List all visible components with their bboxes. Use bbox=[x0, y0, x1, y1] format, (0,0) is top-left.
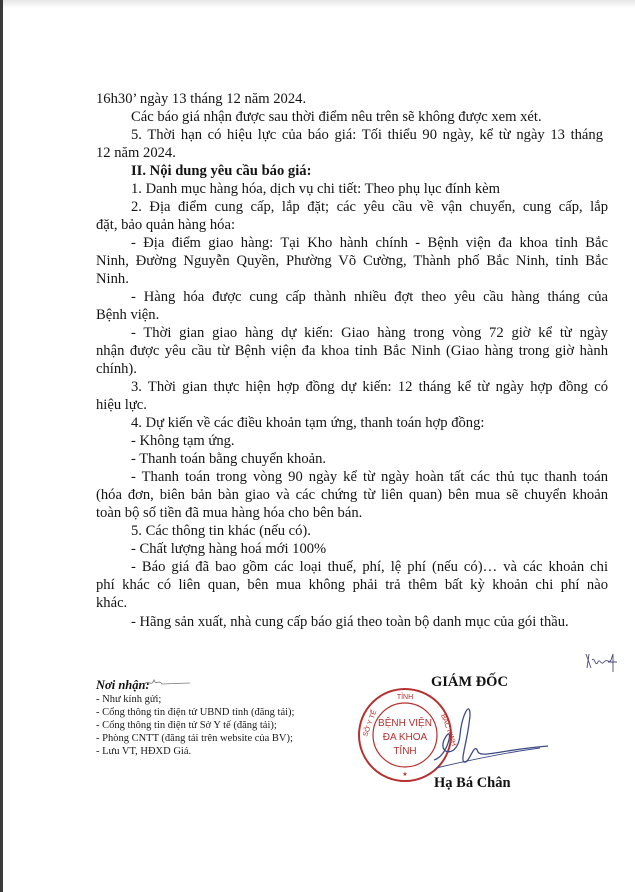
recipient-item: - Như kính gửi; bbox=[96, 693, 161, 706]
document-line: 3. Thời gian thực hiện hợp đồng dự kiến:… bbox=[131, 378, 608, 396]
document-line: - Chất lượng hàng hoá mới 100% bbox=[131, 540, 326, 558]
document-line: 2. Địa điểm cung cấp, lắp đặt; các yêu c… bbox=[131, 198, 608, 216]
svg-text:★: ★ bbox=[402, 771, 407, 778]
svg-text:BỆNH VIỆN: BỆNH VIỆN bbox=[378, 716, 432, 729]
svg-text:ĐA KHOA: ĐA KHOA bbox=[383, 732, 428, 743]
document-line: - Hàng hóa được cung cấp thành nhiều đợt… bbox=[131, 288, 608, 306]
document-line: hiệu lực. bbox=[96, 396, 147, 414]
document-line: nhận được yêu cầu từ Bệnh viện đa khoa t… bbox=[96, 342, 608, 360]
document-line: 1. Danh mục hàng hóa, dịch vụ chi tiết: … bbox=[131, 180, 500, 198]
recipient-item: - Cổng thông tin điện tử Sở Y tế (đăng t… bbox=[96, 719, 277, 732]
document-line: toàn bộ số tiền đã mua hàng hóa cho bên … bbox=[96, 504, 362, 522]
document-line: phí khác có liên quan, bên mua không phả… bbox=[96, 576, 608, 594]
section-heading: II. Nội dung yêu cầu báo giá: bbox=[131, 162, 311, 180]
signer-name: Hạ Bá Chân bbox=[434, 775, 511, 792]
document-line: - Báo giá đã bao gồm các loại thuế, phí,… bbox=[131, 558, 608, 576]
document-line: Bệnh viện. bbox=[96, 306, 159, 324]
recipient-item: - Phòng CNTT (đăng tải trên website của … bbox=[96, 732, 293, 745]
document-line: chính). bbox=[96, 360, 137, 378]
document-line: Ninh, Đường Nguyễn Quyền, Phường Võ Cườn… bbox=[96, 252, 608, 270]
document-line: - Thanh toán bằng chuyển khoản. bbox=[131, 450, 326, 468]
recipient-item: - Lưu VT, HĐXD Giá. bbox=[96, 745, 191, 758]
initials-signature-icon bbox=[583, 650, 619, 674]
recipient-item: - Cổng thông tin điện tử UBND tỉnh (đăng… bbox=[96, 706, 294, 719]
svg-text:TỈNH: TỈNH bbox=[393, 744, 416, 757]
document-line: 12 năm 2024. bbox=[96, 144, 176, 162]
document-line: đặt, bảo quản hàng hóa: bbox=[96, 216, 235, 234]
document-line: 5. Thời hạn có hiệu lực của báo giá: Tối… bbox=[131, 126, 603, 144]
document-line: - Hãng sản xuất, nhà cung cấp báo giá th… bbox=[131, 613, 569, 631]
document-line: 4. Dự kiến về các điều khoản tạm ứng, th… bbox=[131, 414, 484, 432]
document-page: 16h30’ ngày 13 tháng 12 năm 2024.Các báo… bbox=[0, 0, 635, 892]
document-line: Các báo giá nhận được sau thời điểm nêu … bbox=[131, 108, 542, 126]
document-line: - Không tạm ứng. bbox=[131, 432, 235, 450]
document-line: (hóa đơn, biên bản bàn giao và các chứng… bbox=[96, 486, 608, 504]
document-line: 16h30’ ngày 13 tháng 12 năm 2024. bbox=[96, 90, 306, 108]
svg-text:TỈNH: TỈNH bbox=[397, 692, 413, 701]
document-line: Ninh. bbox=[96, 270, 129, 288]
initials-signature-icon bbox=[142, 676, 192, 690]
document-line: - Địa điểm giao hàng: Tại Kho hành chính… bbox=[131, 234, 608, 252]
document-line: 5. Các thông tin khác (nếu có). bbox=[131, 522, 311, 540]
handwritten-signature-icon bbox=[430, 700, 550, 780]
document-line: - Thời gian giao hàng dự kiến: Giao hàng… bbox=[131, 324, 608, 342]
document-line: khác. bbox=[96, 594, 127, 612]
document-line: - Thanh toán trong vòng 90 ngày kể từ ng… bbox=[131, 468, 608, 486]
